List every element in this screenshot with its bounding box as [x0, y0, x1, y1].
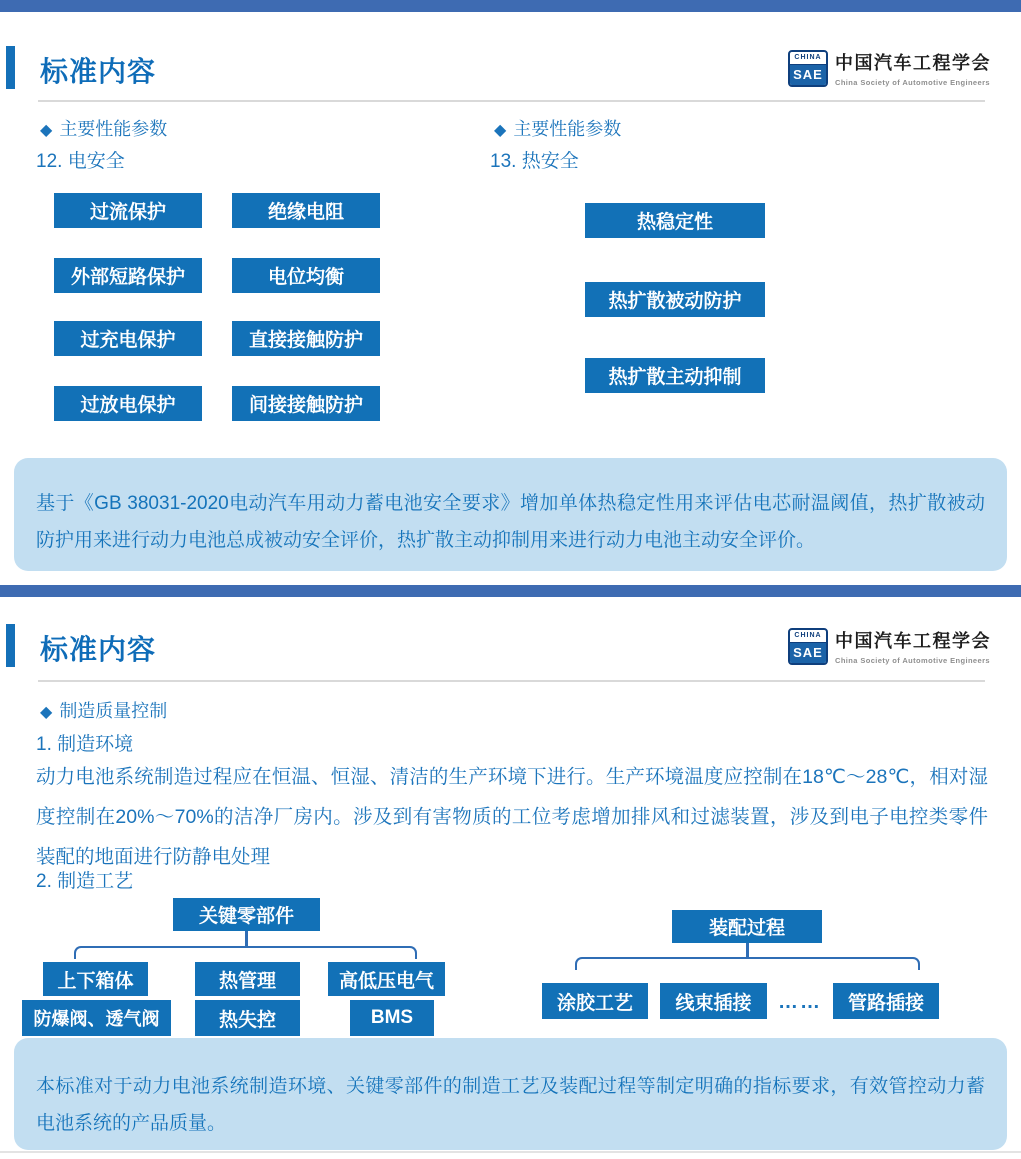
manufacturing-environment-paragraph: 动力电池系统制造过程应在恒温、恒湿、清洁的生产环境下进行。生产环境温度应控制在1… — [36, 757, 988, 877]
bottom-separator-line — [0, 1151, 1021, 1153]
param-box-overcurrent: 过流保护 — [54, 193, 202, 228]
param-box-indirect-contact: 间接接触防护 — [232, 386, 380, 421]
section-heading-label: 主要性能参数 — [59, 119, 167, 139]
param-box-passive-protection: 热扩散被动防护 — [585, 282, 765, 317]
tree-node-valves: 防爆阀、透气阀 — [22, 1000, 171, 1036]
logo-name-cn: 中国汽车工程学会 — [835, 49, 991, 75]
section-heading-label: 主要性能参数 — [513, 119, 621, 139]
tree-parent-key-components: 关键零部件 — [173, 898, 320, 931]
title-separator — [38, 100, 985, 102]
ellipsis-more-items: …… — [778, 991, 822, 1014]
tree-node-upper-lower-case: 上下箱体 — [43, 962, 148, 996]
csae-logo: CHINA SAE 中国汽车工程学会 China Society of Auto… — [788, 49, 991, 87]
tree-connector-bracket — [575, 957, 920, 970]
top-decoration-bar — [0, 0, 1021, 12]
diamond-bullet-icon: ◆ — [40, 122, 52, 139]
list-item-manufacturing-process: 2. 制造工艺 — [36, 866, 133, 893]
title-accent-bar — [6, 46, 15, 89]
badge-sae-label: SAE — [790, 643, 826, 663]
tree-node-pipeline-plugging: 管路插接 — [833, 983, 939, 1019]
page-title: 标准内容 — [40, 50, 156, 90]
tree-node-gluing-process: 涂胶工艺 — [542, 983, 648, 1019]
badge-sae-label: SAE — [790, 65, 826, 85]
badge-china-label: CHINA — [790, 630, 826, 643]
tree-node-thermal-management: 热管理 — [195, 962, 300, 996]
logo-name-cn: 中国汽车工程学会 — [835, 627, 991, 653]
title-accent-bar — [6, 624, 15, 667]
title-separator — [38, 680, 985, 682]
logo-text: 中国汽车工程学会 China Society of Automotive Eng… — [835, 49, 991, 87]
diamond-bullet-icon: ◆ — [40, 704, 52, 721]
logo-name-en: China Society of Automotive Engineers — [835, 78, 991, 87]
tree-node-hv-lv-electrical: 高低压电气 — [328, 962, 445, 996]
subheading-thermal-safety: 13. 热安全 — [490, 146, 579, 173]
param-box-active-suppression: 热扩散主动抑制 — [585, 358, 765, 393]
logo-name-en: China Society of Automotive Engineers — [835, 656, 991, 665]
badge-china-label: CHINA — [790, 52, 826, 65]
summary-note-text: 基于《GB 38031-2020电动汽车用动力蓄电池安全要求》增加单体热稳定性用… — [36, 493, 985, 551]
sae-badge-icon: CHINA SAE — [788, 50, 828, 87]
csae-logo: CHINA SAE 中国汽车工程学会 China Society of Auto… — [788, 627, 991, 665]
logo-text: 中国汽车工程学会 China Society of Automotive Eng… — [835, 627, 991, 665]
sae-badge-icon: CHINA SAE — [788, 628, 828, 665]
param-box-potential-balance: 电位均衡 — [232, 258, 380, 293]
diamond-bullet-icon: ◆ — [494, 122, 506, 139]
tree-node-harness-plugging: 线束插接 — [660, 983, 767, 1019]
param-box-insulation: 绝缘电阻 — [232, 193, 380, 228]
summary-note-box: 基于《GB 38031-2020电动汽车用动力蓄电池安全要求》增加单体热稳定性用… — [14, 458, 1007, 571]
tree-connector-stub — [746, 943, 749, 958]
tree-connector-stub — [245, 931, 248, 947]
section-heading-electrical: ◆主要性能参数 — [40, 115, 167, 141]
subheading-electrical-safety: 12. 电安全 — [36, 146, 125, 173]
tree-parent-assembly-process: 装配过程 — [672, 910, 822, 943]
tree-node-bms: BMS — [350, 1000, 434, 1036]
tree-connector-bracket — [74, 946, 417, 959]
summary-note-box: 本标准对于动力电池系统制造环境、关键零部件的制造工艺及装配过程等制定明确的指标要… — [14, 1038, 1007, 1150]
param-box-thermal-stability: 热稳定性 — [585, 203, 765, 238]
list-item-manufacturing-environment: 1. 制造环境 — [36, 729, 133, 756]
tree-node-thermal-runaway: 热失控 — [195, 1000, 300, 1036]
param-box-overcharge: 过充电保护 — [54, 321, 202, 356]
section-heading-quality-control: ◆制造质量控制 — [40, 697, 167, 723]
page-title: 标准内容 — [40, 628, 156, 668]
param-box-direct-contact: 直接接触防护 — [232, 321, 380, 356]
param-box-overdischarge: 过放电保护 — [54, 386, 202, 421]
section-heading-thermal: ◆主要性能参数 — [494, 115, 621, 141]
param-box-external-short: 外部短路保护 — [54, 258, 202, 293]
section-heading-label: 制造质量控制 — [59, 701, 167, 721]
slide-divider-bar — [0, 585, 1021, 597]
summary-note-text: 本标准对于动力电池系统制造环境、关键零部件的制造工艺及装配过程等制定明确的指标要… — [36, 1076, 985, 1134]
